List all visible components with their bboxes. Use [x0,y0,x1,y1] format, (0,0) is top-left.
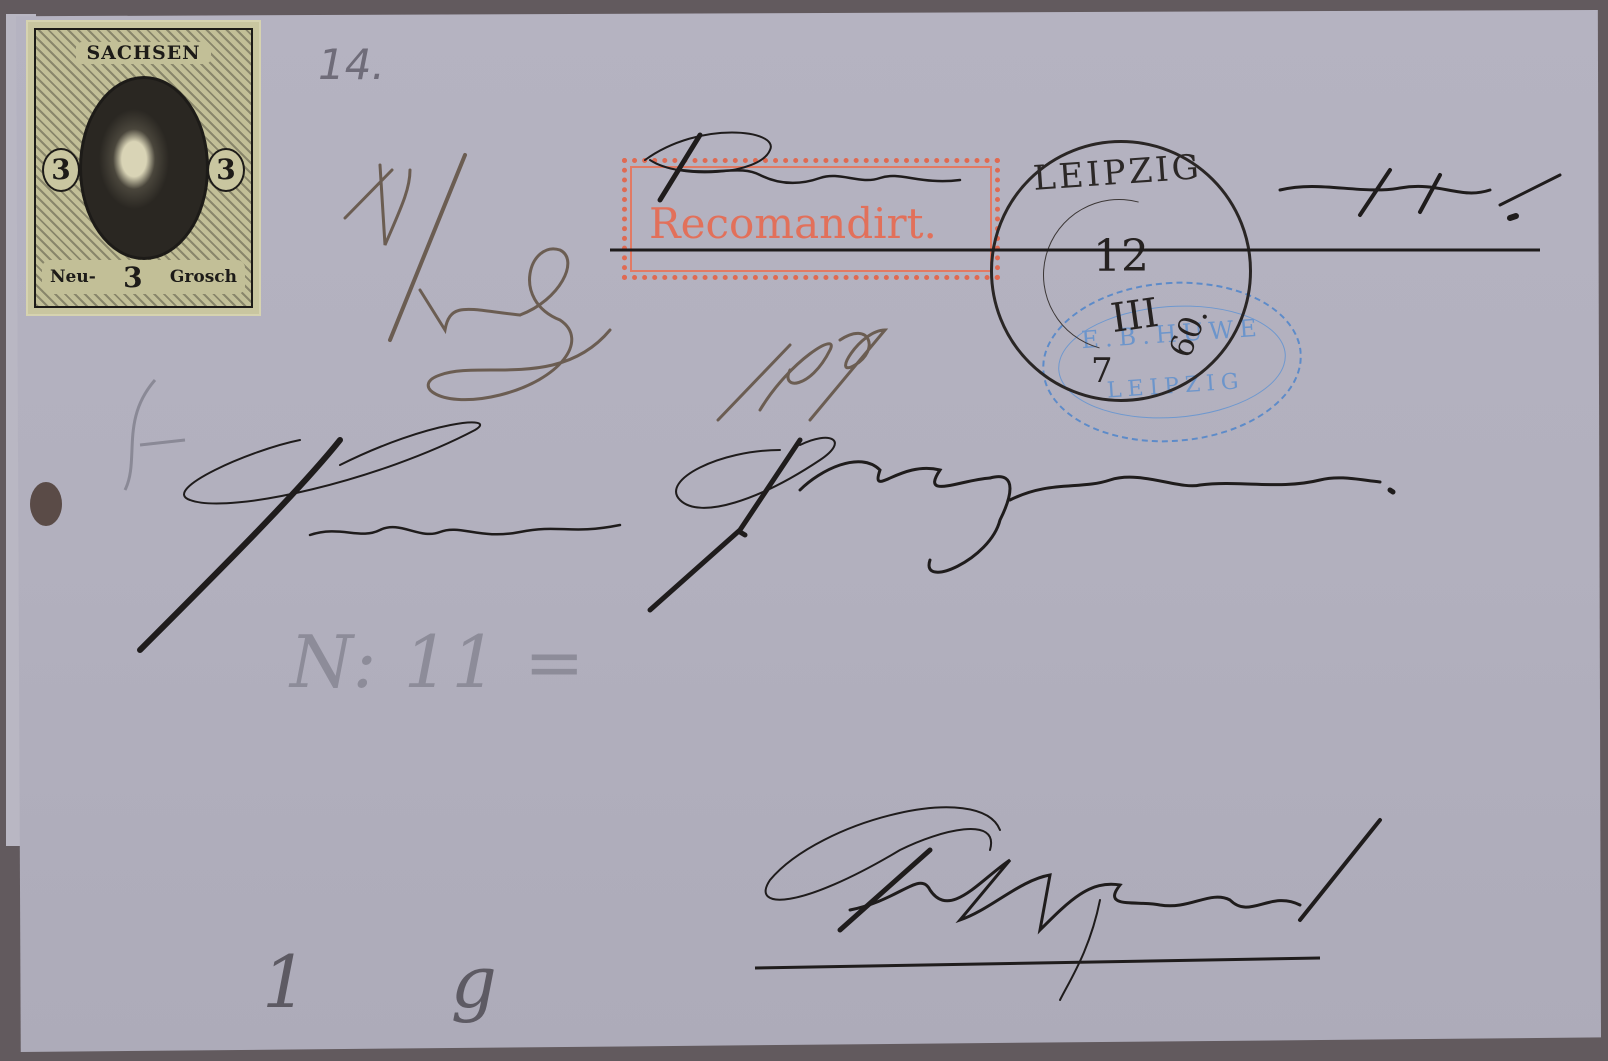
handwritten-number [718,330,885,420]
handwritten-destination [766,807,1380,1000]
handwritten-salutation [140,422,620,650]
handwritten-addressee [650,438,1393,610]
handwriting-strokes [0,0,1608,1061]
destination-underline [755,958,1320,968]
pencil-mark-left [125,380,185,490]
handwritten-fraction [345,155,610,400]
handwritten-registration [645,133,1560,219]
cover-markings: SACHSEN 3 3 Neu- 3 Grosch Recomandirt. E… [0,0,1608,1061]
ink-stain [30,482,62,526]
